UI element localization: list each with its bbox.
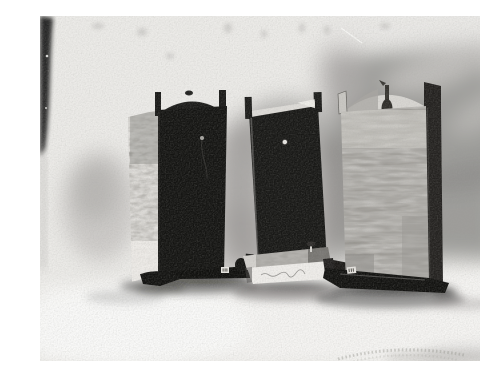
archival-photograph: Black-and-white museum photograph of thr… (40, 16, 480, 361)
film-grain-overlay (40, 16, 480, 361)
photo-canvas: Black-and-white museum photograph of thr… (40, 16, 480, 361)
